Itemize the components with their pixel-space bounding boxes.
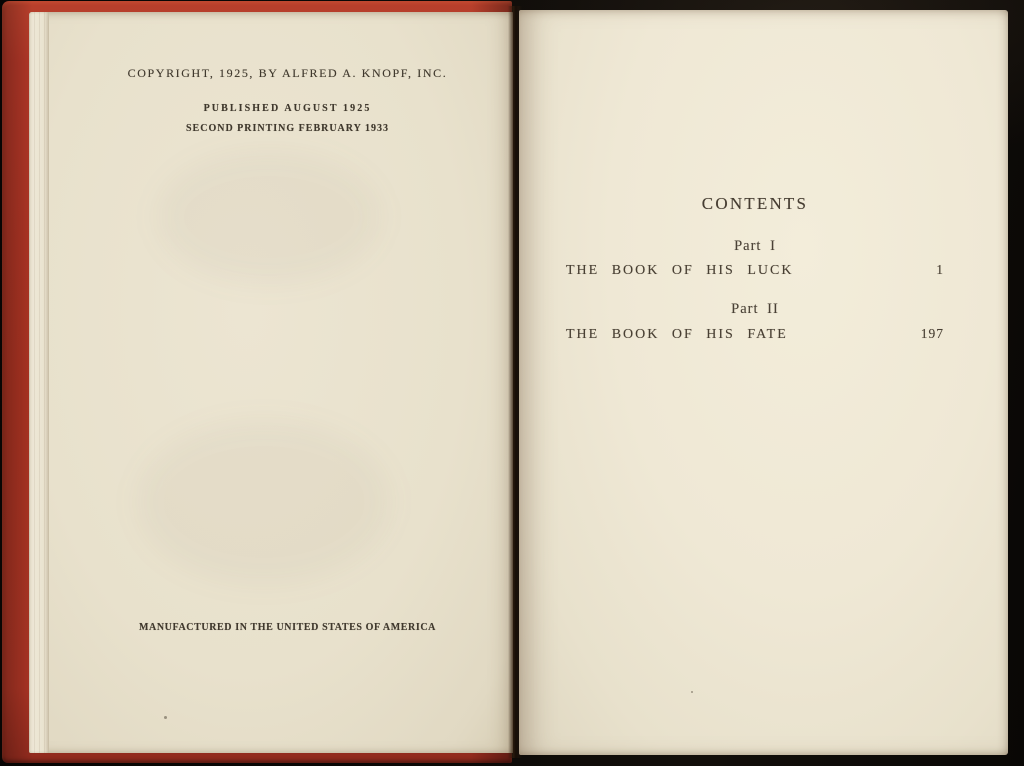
table-of-contents: Part I THE BOOK OF HIS LUCK 1 Part II TH… <box>566 10 944 755</box>
right-page: CONTENTS Part I THE BOOK OF HIS LUCK 1 P… <box>519 10 1008 755</box>
show-through-ghost <box>159 152 379 282</box>
part-1-label: Part I <box>566 238 944 255</box>
show-through-ghost <box>139 422 389 582</box>
toc-entry: THE BOOK OF HIS LUCK 1 <box>566 262 944 279</box>
paper-speck <box>164 716 167 719</box>
toc-entry-page: 197 <box>921 326 944 342</box>
part-2-label: Part II <box>566 301 944 318</box>
toc-entry-title: THE BOOK OF HIS LUCK <box>566 263 793 279</box>
second-printing-line: SECOND PRINTING FEBRUARY 1933 <box>48 123 513 134</box>
toc-entry-title: THE BOOK OF HIS FATE <box>566 327 788 343</box>
left-page-fore-edges <box>29 12 49 753</box>
left-page: COPYRIGHT, 1925, BY ALFRED A. KNOPF, INC… <box>29 12 513 753</box>
toc-entry-page: 1 <box>936 262 944 278</box>
published-line: PUBLISHED AUGUST 1925 <box>48 103 513 114</box>
copyright-line: COPYRIGHT, 1925, BY ALFRED A. KNOPF, INC… <box>48 66 513 81</box>
manufactured-line: MANUFACTURED IN THE UNITED STATES OF AME… <box>48 622 513 633</box>
toc-entry: THE BOOK OF HIS FATE 197 <box>566 326 944 343</box>
open-book-photo: COPYRIGHT, 1925, BY ALFRED A. KNOPF, INC… <box>0 0 1024 766</box>
